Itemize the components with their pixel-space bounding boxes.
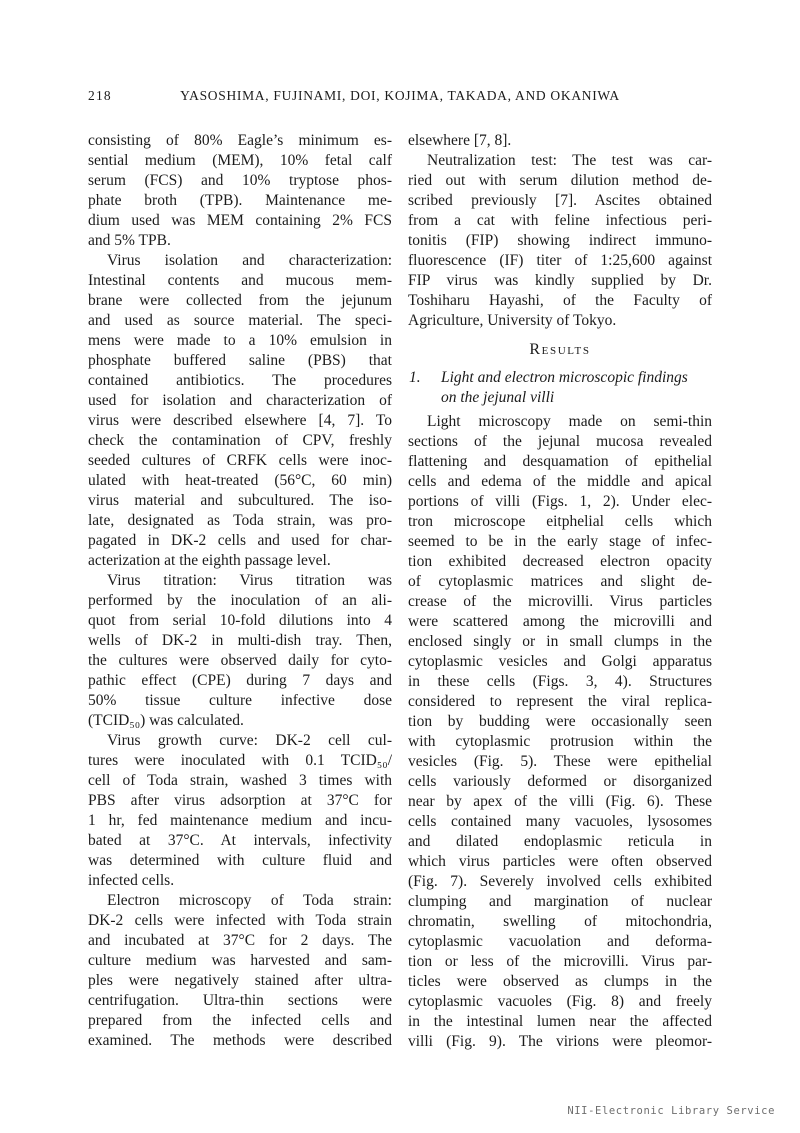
text-line: performed by the inoculation of an ali-	[88, 591, 392, 611]
section-heading-line: Light and electron microscopic findings	[441, 368, 712, 388]
running-title: YASOSHIMA, FUJINAMI, DOI, KOJIMA, TAKADA…	[88, 88, 712, 104]
text-line: ples were negatively stained after ultra…	[88, 971, 392, 991]
section-heading-line: on the jejunal villi	[441, 388, 712, 408]
text-line: from a cat with feline infectious peri-	[408, 211, 712, 231]
section-heading: 1.Light and electron microscopic finding…	[408, 368, 712, 408]
text-line: were scattered among the microvilli and	[408, 612, 712, 632]
text-line: phate broth (TPB). Maintenance me-	[88, 191, 392, 211]
text-line: cells variously deformed or disorganized	[408, 772, 712, 792]
text-line: Virus titration: Virus titration was	[88, 571, 392, 591]
text-line: Virus growth curve: DK-2 cell cul-	[88, 731, 392, 751]
text-line: Electron microscopy of Toda strain:	[88, 891, 392, 911]
column-right: elsewhere [7, 8].Neutralization test: Th…	[408, 131, 712, 1052]
text-line: flattening and desquamation of epithelia…	[408, 452, 712, 472]
text-line: and dilated endoplasmic reticula in	[408, 832, 712, 852]
text-columns: consisting of 80% Eagle’s minimum es-sen…	[88, 131, 712, 1052]
text-line: clumping and margination of nuclear	[408, 892, 712, 912]
text-line: check the contamination of CPV, freshly	[88, 431, 392, 451]
text-line: wells of DK-2 in multi-dish tray. Then,	[88, 631, 392, 651]
text-line: near by apex of the villi (Fig. 6). Thes…	[408, 792, 712, 812]
text-line: (Fig. 7). Severely involved cells exhibi…	[408, 872, 712, 892]
section-number: 1.	[409, 368, 421, 388]
text-line: villi (Fig. 9). The virions were pleomor…	[408, 1032, 712, 1052]
text-line: infected cells.	[88, 871, 392, 891]
text-line: cytoplasmic vacuoles (Fig. 8) and freely	[408, 992, 712, 1012]
text-line: ticles were observed as clumps in the	[408, 972, 712, 992]
text-line: sections of the jejunal mucosa revealed	[408, 432, 712, 452]
text-line: considered to represent the viral replic…	[408, 692, 712, 712]
library-service-footer: NII-Electronic Library Service	[567, 1105, 775, 1117]
text-line: tron microscope eitphelial cells which	[408, 512, 712, 532]
text-line: cell of Toda strain, washed 3 times with	[88, 771, 392, 791]
text-line: (TCID₅₀) was calculated.	[88, 711, 392, 731]
text-line: prepared from the infected cells and	[88, 1011, 392, 1031]
text-line: PBS after virus adsorption at 37°C for	[88, 791, 392, 811]
text-line: pagated in DK-2 cells and used for char-	[88, 531, 392, 551]
text-line: consisting of 80% Eagle’s minimum es-	[88, 131, 392, 151]
text-line: FIP virus was kindly supplied by Dr.	[408, 271, 712, 291]
text-line: Intestinal contents and mucous mem-	[88, 271, 392, 291]
text-line: tures were inoculated with 0.1 TCID₅₀/	[88, 751, 392, 771]
text-line: cytoplasmic vesicles and Golgi apparatus	[408, 652, 712, 672]
text-line: mens were made to a 10% emulsion in	[88, 331, 392, 351]
text-line: Toshiharu Hayashi, of the Faculty of	[408, 291, 712, 311]
text-line: tion exhibited decreased electron opacit…	[408, 552, 712, 572]
text-line: which virus particles were often observe…	[408, 852, 712, 872]
text-line: scribed previously [7]. Ascites obtained	[408, 191, 712, 211]
text-line: and 5% TPB.	[88, 231, 392, 251]
text-line: Agriculture, University of Tokyo.	[408, 311, 712, 331]
text-line: elsewhere [7, 8].	[408, 131, 712, 151]
text-line: brane were collected from the jejunum	[88, 291, 392, 311]
text-line: bated at 37°C. At intervals, infectivity	[88, 831, 392, 851]
text-line: cells contained many vacuoles, lysosomes	[408, 812, 712, 832]
text-line: ried out with serum dilution method de-	[408, 171, 712, 191]
text-line: centrifugation. Ultra-thin sections were	[88, 991, 392, 1011]
text-line: enclosed singly or in small clumps in th…	[408, 632, 712, 652]
text-line: DK-2 cells were infected with Toda strai…	[88, 911, 392, 931]
text-line: crease of the microvilli. Virus particle…	[408, 592, 712, 612]
text-line: contained antibiotics. The procedures	[88, 371, 392, 391]
text-line: tion or less of the microvilli. Virus pa…	[408, 952, 712, 972]
text-line: phosphate buffered saline (PBS) that	[88, 351, 392, 371]
paper-page: 218 YASOSHIMA, FUJINAMI, DOI, KOJIMA, TA…	[0, 0, 800, 1133]
text-line: in the intestinal lumen near the affecte…	[408, 1012, 712, 1032]
text-line: late, designated as Toda strain, was pro…	[88, 511, 392, 531]
text-line: serum (FCS) and 10% tryptose phos-	[88, 171, 392, 191]
text-line: Neutralization test: The test was car-	[408, 151, 712, 171]
text-line: vesicles (Fig. 5). These were epithelial	[408, 752, 712, 772]
text-line: portions of villi (Figs. 1, 2). Under el…	[408, 492, 712, 512]
text-line: 1 hr, fed maintenance medium and incu-	[88, 811, 392, 831]
text-line: seemed to be in the early stage of infec…	[408, 532, 712, 552]
text-line: used for isolation and characterization …	[88, 391, 392, 411]
text-line: Virus isolation and characterization:	[88, 251, 392, 271]
text-line: was determined with culture fluid and	[88, 851, 392, 871]
text-line: ulated with heat-treated (56°C, 60 min)	[88, 471, 392, 491]
text-line: in these cells (Figs. 3, 4). Structures	[408, 672, 712, 692]
text-line: cytoplasmic vacuolation and deforma-	[408, 932, 712, 952]
text-line: cells and edema of the middle and apical	[408, 472, 712, 492]
text-line: seeded cultures of CRFK cells were inoc-	[88, 451, 392, 471]
text-line: chromatin, swelling of mitochondria,	[408, 912, 712, 932]
text-line: with cytoplasmic protrusion within the	[408, 732, 712, 752]
column-left: consisting of 80% Eagle’s minimum es-sen…	[88, 131, 392, 1052]
text-line: culture medium was harvested and sam-	[88, 951, 392, 971]
text-line: fluorescence (IF) titer of 1:25,600 agai…	[408, 251, 712, 271]
text-line: and used as source material. The speci-	[88, 311, 392, 331]
text-line: virus were described elsewhere [4, 7]. T…	[88, 411, 392, 431]
text-line: dium used was MEM containing 2% FCS	[88, 211, 392, 231]
text-line: examined. The methods were described	[88, 1031, 392, 1051]
text-line: tion by budding were occasionally seen	[408, 712, 712, 732]
text-line: the cultures were observed daily for cyt…	[88, 651, 392, 671]
text-line: quot from serial 10-fold dilutions into …	[88, 611, 392, 631]
text-line: tonitis (FIP) showing indirect immuno-	[408, 231, 712, 251]
text-line: Light microscopy made on semi-thin	[408, 412, 712, 432]
text-line: sential medium (MEM), 10% fetal calf	[88, 151, 392, 171]
text-line: pathic effect (CPE) during 7 days and	[88, 671, 392, 691]
text-line: of cytoplasmic matrices and slight de-	[408, 572, 712, 592]
results-heading: Results	[408, 340, 712, 360]
text-line: virus material and subcultured. The iso-	[88, 491, 392, 511]
text-line: acterization at the eighth passage level…	[88, 551, 392, 571]
text-line: 50% tissue culture infective dose	[88, 691, 392, 711]
text-line: and incubated at 37°C for 2 days. The	[88, 931, 392, 951]
